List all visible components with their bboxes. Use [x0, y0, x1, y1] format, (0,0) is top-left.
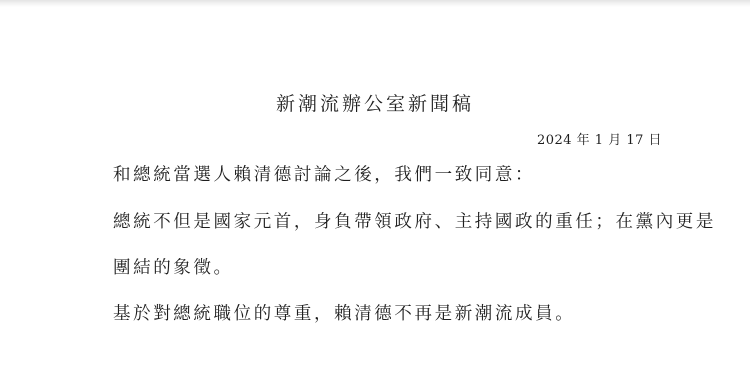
paragraph-president-role: 總統不但是國家元首，身負帶領政府、主持國政的重任；在黨內更是 — [113, 209, 716, 235]
top-edge-shadow — [0, 0, 750, 7]
paragraph-intro: 和總統當選人賴清德討論之後，我們一致同意： — [113, 162, 535, 188]
paragraph-president-role-continued: 團結的象徵。 — [113, 255, 234, 281]
paragraph-conclusion: 基於對總統職位的尊重，賴清德不再是新潮流成員。 — [113, 301, 575, 327]
press-release-page: 新潮流辦公室新聞稿 2024 年 1 月 17 日 和總統當選人賴清德討論之後，… — [0, 0, 750, 379]
document-date: 2024 年 1 月 17 日 — [537, 131, 662, 151]
document-title: 新潮流辦公室新聞稿 — [0, 90, 750, 118]
